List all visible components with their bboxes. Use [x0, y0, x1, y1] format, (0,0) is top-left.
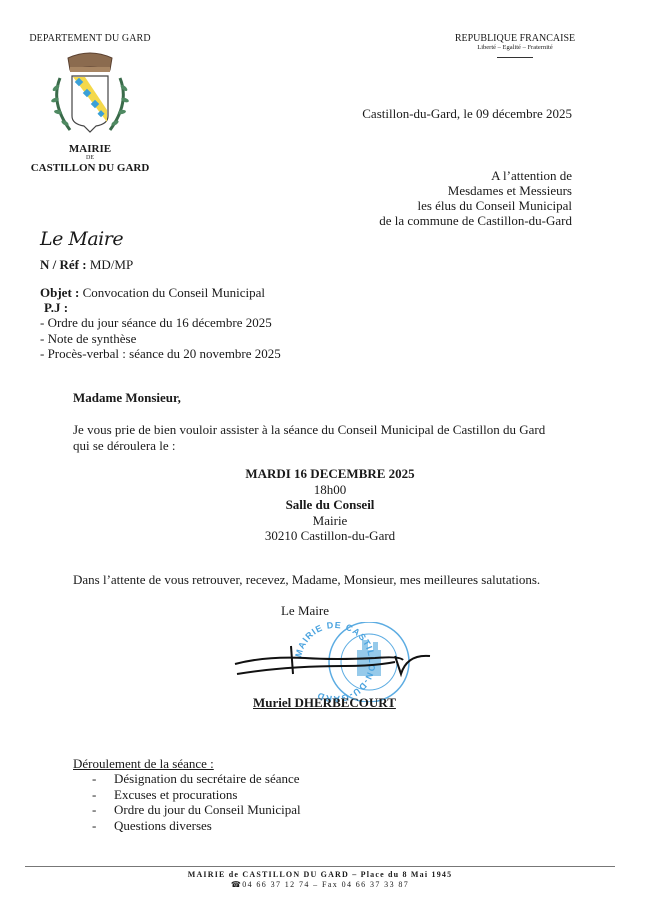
- reference: N / Réf : MD/MP: [40, 257, 133, 273]
- footer-address: MAIRIE de CASTILLON DU GARD – Place du 8…: [25, 870, 615, 879]
- meeting-place: Mairie: [180, 513, 480, 529]
- divider: [497, 57, 533, 58]
- agenda-list: -Désignation du secrétaire de séance -Ex…: [92, 771, 301, 833]
- motto-label: Liberté – Egalité – Fraternité: [440, 44, 590, 51]
- script-title: Le Maire: [40, 228, 123, 250]
- footer-divider: [25, 866, 615, 867]
- attachments-list: - Ordre du jour séance du 16 décembre 20…: [40, 315, 281, 362]
- signature-title: Le Maire: [230, 603, 380, 619]
- meeting-details: MARDI 16 DECEMBRE 2025 18h00 Salle du Co…: [180, 466, 480, 544]
- recipient-line: les élus du Conseil Municipal: [300, 198, 572, 213]
- object-line: Objet : Convocation du Conseil Municipal: [40, 285, 265, 301]
- recipient-line: Mesdames et Messieurs: [300, 183, 572, 198]
- attachment-item: - Procès-verbal : séance du 20 novembre …: [40, 346, 281, 362]
- object-value: Convocation du Conseil Municipal: [83, 285, 265, 300]
- meeting-room: Salle du Conseil: [180, 497, 480, 513]
- recipient-line: A l’attention de: [300, 168, 572, 183]
- intro-line-2: qui se déroulera le :: [73, 438, 176, 454]
- meeting-date: MARDI 16 DECEMBRE 2025: [180, 466, 480, 482]
- attachment-item: - Note de synthèse: [40, 331, 281, 347]
- date-line: Castillon-du-Gard, le 09 décembre 2025: [300, 106, 572, 122]
- attachment-item: - Ordre du jour séance du 16 décembre 20…: [40, 315, 281, 331]
- ref-label: N / Réf :: [40, 257, 87, 272]
- intro-line-1: Je vous prie de bien vouloir assister à …: [73, 422, 593, 438]
- republic-label: REPUBLIQUE FRANCAISE: [440, 33, 590, 44]
- telephone-icon: ☎: [231, 880, 242, 889]
- signature-stamp: MAIRIE DE CASTILLON-DU-GARD: [225, 622, 440, 702]
- meeting-time: 18h00: [180, 482, 480, 498]
- recipient-line: de la commune de Castillon-du-Gard: [300, 213, 572, 228]
- coat-of-arms-logo: [40, 48, 140, 140]
- recipient-block: A l’attention de Mesdames et Messieurs l…: [300, 168, 572, 228]
- agenda-item: -Excuses et procurations: [92, 787, 301, 803]
- department-label: DEPARTEMENT DU GARD: [20, 33, 160, 44]
- meeting-address: 30210 Castillon-du-Gard: [180, 528, 480, 544]
- de-label: DE: [20, 155, 160, 161]
- closing-line: Dans l’attente de vous retrouver, receve…: [73, 572, 540, 588]
- salutation: Madame Monsieur,: [73, 390, 181, 406]
- agenda-item: -Désignation du secrétaire de séance: [92, 771, 301, 787]
- pj-label: P.J :: [44, 300, 68, 316]
- signatory-name: Muriel DHERBECOURT: [253, 695, 396, 711]
- object-label: Objet :: [40, 285, 79, 300]
- mairie-label: MAIRIE: [20, 143, 160, 155]
- agenda-item: -Questions diverses: [92, 818, 301, 834]
- commune-label: CASTILLON DU GARD: [10, 162, 170, 174]
- footer-contact: ☎04 66 37 12 74 – Fax 04 66 37 33 87: [25, 880, 615, 889]
- agenda-title: Déroulement de la séance :: [73, 756, 214, 772]
- agenda-item: -Ordre du jour du Conseil Municipal: [92, 802, 301, 818]
- ref-value: MD/MP: [90, 257, 133, 272]
